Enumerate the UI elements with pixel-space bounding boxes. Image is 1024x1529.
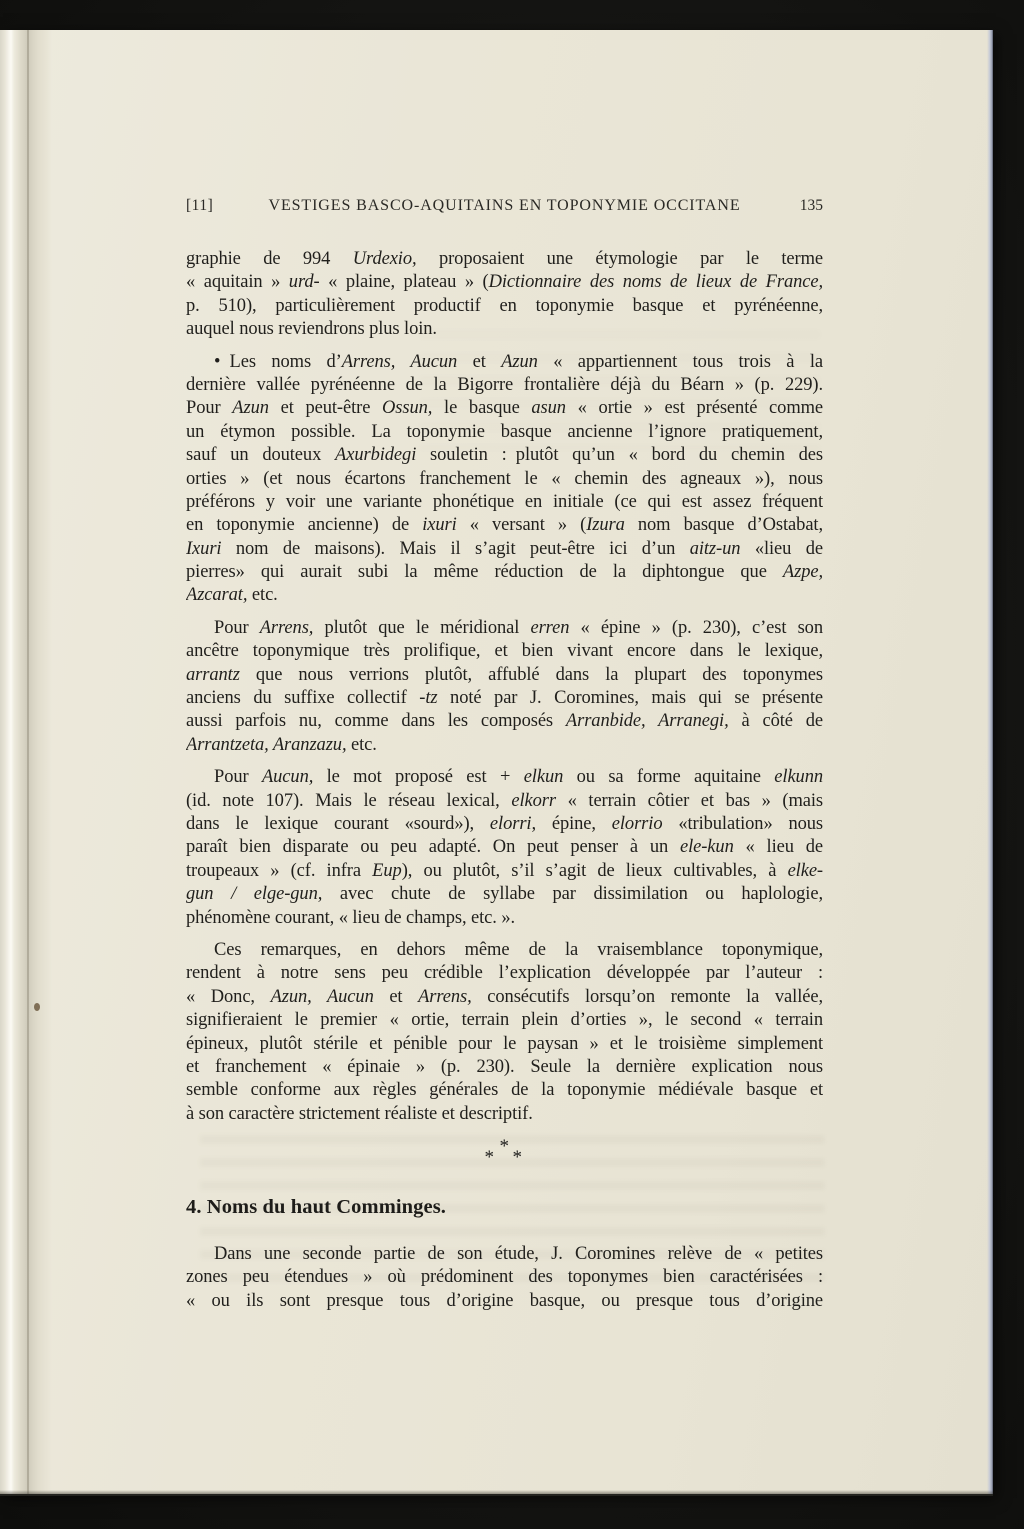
- text-line: rendent à notre sens peu crédible l’expl…: [186, 962, 823, 985]
- text-line: troupeaux » (cf. infra Eup), ou plutôt, …: [186, 860, 823, 883]
- section-text: Dans une seconde partie de son étude, J.…: [186, 1243, 823, 1313]
- text-line: Pour Arrens, plutôt que le méridional er…: [186, 617, 823, 640]
- page-right-edge: [987, 30, 993, 1494]
- main-text: graphie de 994 Urdexio, proposaient une …: [186, 248, 823, 1126]
- paragraph: graphie de 994 Urdexio, proposaient une …: [186, 248, 823, 342]
- text-line: gun / elge-gun, avec chute de syllabe pa…: [186, 883, 823, 906]
- text-line: paraît bien disparate ou peu adapté. On …: [186, 836, 823, 859]
- section-heading: 4. Noms du haut Comminges.: [186, 1196, 823, 1219]
- text-line: épineux, plutôt stérile et pénible pour …: [186, 1033, 823, 1056]
- text-line: à son caractère strictement réaliste et …: [186, 1103, 823, 1126]
- page-number: 135: [800, 197, 823, 215]
- paragraph: Pour Aucun, le mot proposé est + elkun o…: [186, 766, 823, 930]
- text-line: ancêtre toponymique très prolifique, et …: [186, 640, 823, 663]
- page-left-edge: [0, 30, 52, 1494]
- text-line: dernière vallée pyrénéenne de la Bigorre…: [186, 374, 823, 397]
- text-line: Ixuri nom de maisons). Mais il s’agit pe…: [186, 538, 823, 561]
- text-line: un étymon possible. La toponymie basque …: [186, 421, 823, 444]
- text-column: [11] VESTIGES BASCO-AQUITAINS EN TOPONYM…: [186, 30, 823, 1313]
- asterism-divider: * * *: [186, 1138, 823, 1174]
- text-line: « aquitain » urd- « plaine, plateau » (D…: [186, 271, 823, 294]
- text-line: préférons y voir une variante phonétique…: [186, 491, 823, 514]
- paragraph: Dans une seconde partie de son étude, J.…: [186, 1243, 823, 1313]
- text-line: Ces remarques, en dehors même de la vrai…: [186, 939, 823, 962]
- text-line: phénomène courant, « lieu de champs, etc…: [186, 907, 823, 930]
- book-page: [11] VESTIGES BASCO-AQUITAINS EN TOPONYM…: [0, 30, 993, 1494]
- text-line: en toponymie ancienne) de ixuri « versan…: [186, 514, 823, 537]
- asterisk-bottom-right: *: [513, 1147, 523, 1169]
- asterisk-top: *: [500, 1136, 510, 1158]
- photo-background: [11] VESTIGES BASCO-AQUITAINS EN TOPONYM…: [0, 0, 1024, 1529]
- text-line: dans le lexique courant «sourd»), elorri…: [186, 813, 823, 836]
- text-line: p. 510), particulièrement productif en t…: [186, 295, 823, 318]
- text-line: signifieraient le premier « ortie, terra…: [186, 1009, 823, 1032]
- paper-speck: [34, 1003, 40, 1011]
- text-line: « ou ils sont presque tous d’origine bas…: [186, 1290, 823, 1313]
- text-line: aussi parfois nu, comme dans les composé…: [186, 710, 823, 733]
- text-line: anciens du suffixe collectif -tz noté pa…: [186, 687, 823, 710]
- text-line: « Donc, Azun, Aucun et Arrens, consécuti…: [186, 986, 823, 1009]
- text-line: semble conforme aux règles générales de …: [186, 1079, 823, 1102]
- text-line: Dans une seconde partie de son étude, J.…: [186, 1243, 823, 1266]
- text-line: orties » (et nous écartons franchement l…: [186, 468, 823, 491]
- paragraph: • Les noms d’Arrens, Aucun et Azun « app…: [186, 351, 823, 608]
- text-line: graphie de 994 Urdexio, proposaient une …: [186, 248, 823, 271]
- text-line: zones peu étendues » où prédominent des …: [186, 1266, 823, 1289]
- text-line: Arrantzeta, Aranzazu, etc.: [186, 734, 823, 757]
- asterisk-bottom-left: *: [485, 1147, 495, 1169]
- text-line: arrantz que nous verrions plutôt, affubl…: [186, 664, 823, 687]
- text-line: et franchement « épinaie » (p. 230). Seu…: [186, 1056, 823, 1079]
- paragraph: Pour Arrens, plutôt que le méridional er…: [186, 617, 823, 757]
- text-line: Azcarat, etc.: [186, 584, 823, 607]
- text-line: • Les noms d’Arrens, Aucun et Azun « app…: [186, 351, 823, 374]
- text-line: sauf un douteux Axurbidegi souletin : pl…: [186, 444, 823, 467]
- text-line: Pour Azun et peut-être Ossun, le basque …: [186, 397, 823, 420]
- text-line: pierres» qui aurait subi la même réducti…: [186, 561, 823, 584]
- running-header: [11] VESTIGES BASCO-AQUITAINS EN TOPONYM…: [186, 197, 823, 217]
- text-line: Pour Aucun, le mot proposé est + elkun o…: [186, 766, 823, 789]
- text-line: (id. note 107). Mais le réseau lexical, …: [186, 790, 823, 813]
- paragraph: Ces remarques, en dehors même de la vrai…: [186, 939, 823, 1126]
- running-title: VESTIGES BASCO-AQUITAINS EN TOPONYMIE OC…: [186, 197, 823, 215]
- text-line: auquel nous reviendrons plus loin.: [186, 318, 823, 341]
- page-bottom-edge: [0, 1490, 993, 1494]
